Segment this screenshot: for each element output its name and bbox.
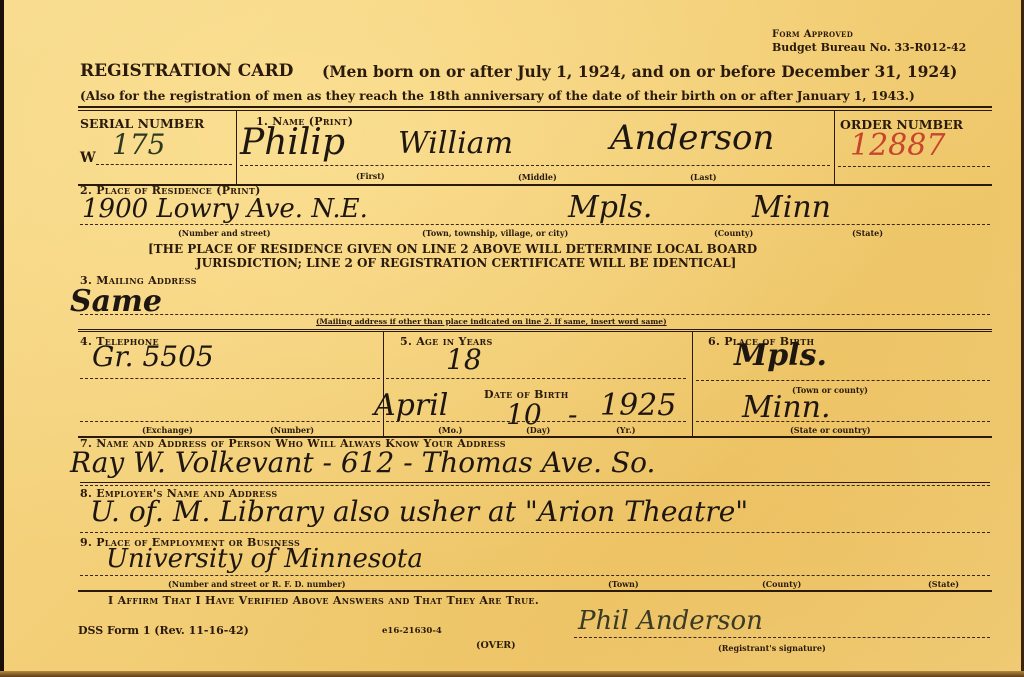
- residence-state-caption: (State): [852, 228, 883, 238]
- age-birth-divider: [692, 332, 693, 436]
- birthplace-state-line: [696, 421, 990, 422]
- name-first-caption: (First): [356, 171, 385, 181]
- card-edge-left: [0, 0, 4, 677]
- dob-year-value: 1925: [600, 388, 676, 423]
- telephone-value: Gr. 5505: [92, 340, 214, 373]
- name-last-caption: (Last): [690, 172, 717, 182]
- telephone-exchange-caption: (Exchange): [142, 425, 193, 435]
- residence-city-value: Mpls.: [568, 190, 652, 225]
- budget-bureau-number: Budget Bureau No. 33-R012-42: [772, 41, 966, 54]
- name-line: [240, 165, 830, 166]
- mailing-line: [80, 314, 990, 315]
- form-approved-label: Form Approved: [772, 29, 853, 40]
- affirmation-text: I Affirm That I Have Verified Above Answ…: [108, 594, 539, 607]
- serial-prefix: W: [80, 150, 96, 166]
- order-line: [838, 166, 990, 167]
- divider-row3: [78, 329, 992, 332]
- card-title-note: (Men born on or after July 1, 1924, and …: [322, 62, 957, 81]
- residence-town-caption: (Town, township, village, or city): [422, 228, 568, 238]
- dob-line: [386, 421, 686, 422]
- card-subtitle: (Also for the registration of men as the…: [80, 89, 915, 103]
- card-title: REGISTRATION CARD: [80, 61, 293, 81]
- contact-dash: [80, 485, 990, 486]
- mailing-caption: (Mailing address if other than place ind…: [316, 317, 667, 326]
- telephone-number-caption: (Number): [270, 425, 314, 435]
- employment-county-caption: (County): [762, 579, 801, 589]
- name-first-value: Philip: [240, 122, 345, 163]
- employer-value: U. of. M. Library also usher at "Arion T…: [90, 495, 748, 528]
- contact-line: [80, 482, 990, 483]
- age-line: [386, 378, 686, 379]
- dob-separator: -: [568, 398, 577, 431]
- employment-place-value: University of Minnesota: [106, 544, 423, 574]
- divider-top-2: [78, 110, 992, 111]
- residence-county-caption: (County): [714, 228, 753, 238]
- employer-line: [80, 532, 990, 533]
- age-value: 18: [446, 343, 482, 376]
- dob-month-caption: (Mo.): [438, 425, 462, 435]
- signature-line: [574, 637, 990, 638]
- registration-card: Form Approved Budget Bureau No. 33-R012-…: [0, 0, 1024, 677]
- signature-caption: (Registrant's signature): [718, 643, 826, 653]
- divider-top: [78, 106, 992, 108]
- residence-line: [80, 224, 990, 225]
- card-edge-bottom: [0, 671, 1024, 677]
- dob-month-value: April: [374, 388, 448, 423]
- serial-name-divider: [236, 111, 237, 185]
- employment-place-line: [80, 575, 990, 576]
- birthplace-state-value: Minn.: [742, 390, 831, 425]
- birthplace-state-caption: (State or country): [790, 425, 871, 435]
- print-code: e16-21630-4: [382, 626, 442, 636]
- serial-number-value: 175: [112, 128, 165, 161]
- birthplace-town-value: Mpls.: [734, 338, 827, 373]
- name-middle-value: William: [398, 126, 513, 161]
- residence-notice-line1: [THE PLACE OF RESIDENCE GIVEN ON LINE 2 …: [148, 242, 757, 256]
- dob-year-caption: (Yr.): [616, 425, 636, 435]
- employment-street-caption: (Number and street or R. F. D. number): [168, 579, 346, 589]
- birthplace-town-line: [696, 380, 990, 381]
- name-last-value: Anderson: [610, 118, 774, 158]
- divider-row9: [78, 590, 992, 592]
- contact-value: Ray W. Volkevant - 612 - Thomas Ave. So.: [70, 446, 655, 479]
- residence-state-value: Minn: [752, 190, 831, 225]
- name-middle-caption: (Middle): [518, 172, 557, 182]
- registrant-signature: Phil Anderson: [578, 606, 763, 636]
- residence-street-value: 1900 Lowry Ave. N.E.: [82, 194, 368, 224]
- residence-notice-line2: JURISDICTION; LINE 2 OF REGISTRATION CER…: [196, 256, 736, 270]
- form-id: DSS Form 1 (Rev. 11-16-42): [78, 624, 249, 637]
- dob-day-caption: (Day): [526, 425, 550, 435]
- order-number-value: 12887: [850, 128, 945, 163]
- residence-street-caption: (Number and street): [178, 228, 271, 238]
- employment-town-caption: (Town): [608, 579, 639, 589]
- telephone-line-1: [80, 378, 380, 379]
- name-order-divider: [834, 111, 835, 185]
- employment-state-caption: (State): [928, 579, 959, 589]
- telephone-line-2: [80, 421, 380, 422]
- over-label: (OVER): [476, 640, 516, 651]
- serial-line: [96, 164, 232, 165]
